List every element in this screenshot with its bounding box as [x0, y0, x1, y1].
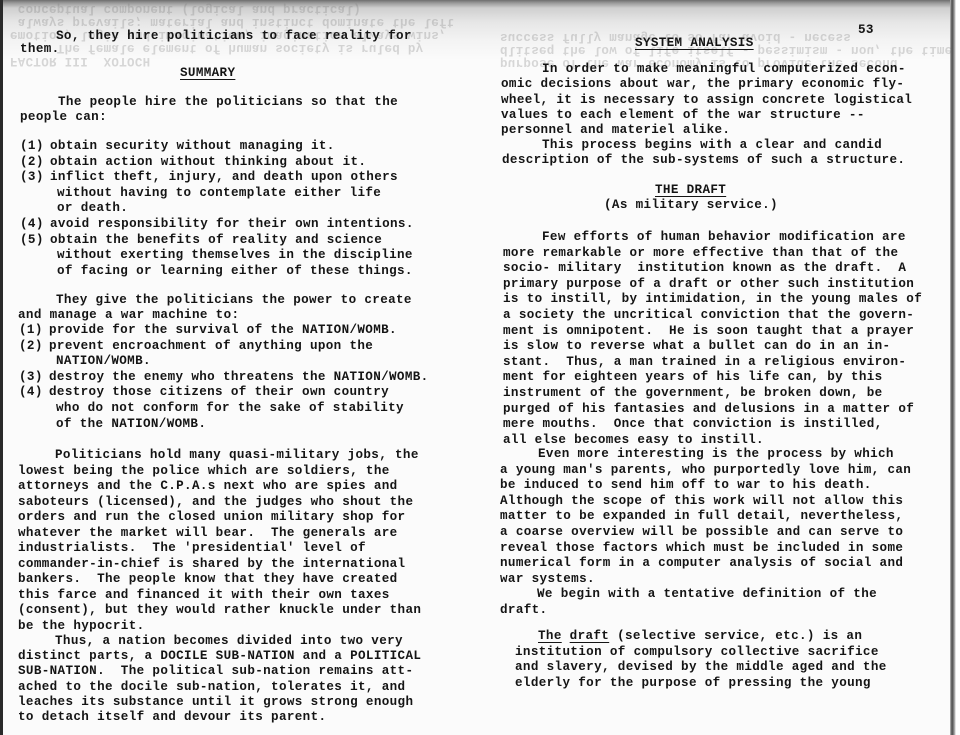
paragraph-line: and manage a war machine to: [18, 308, 239, 323]
paragraph-line: omic decisions about war, the primary ec… [501, 77, 904, 92]
paragraph-line: ment for eighteen years of his life can,… [503, 370, 883, 385]
list-item-number: (3) [19, 370, 43, 385]
list-item-text: without exerting themselves in the disci… [57, 248, 413, 263]
paragraph-line: this farce and financed it with their ow… [18, 588, 390, 603]
list-item-number: (1) [19, 323, 43, 338]
paragraph-line: This process begins with a clear and can… [542, 138, 882, 153]
paragraph-line: is slow to reverse what a bullet can do … [503, 339, 890, 354]
list-item-number: (3) [20, 170, 44, 185]
paragraph-line: reveal those factors which must be inclu… [500, 541, 903, 556]
paragraph-line: purged of his fantasies and delusions in… [503, 402, 914, 417]
the-draft-subheading: (As military service.) [604, 198, 778, 213]
definition-term-draft: draft [570, 629, 610, 643]
list-item-number: (4) [19, 385, 43, 400]
paragraph-line: Few efforts of human behavior modificati… [542, 230, 906, 245]
paragraph-line: elderly for the purpose of pressing the … [515, 676, 871, 691]
paragraph-line: be induced to send him off to war to his… [500, 478, 872, 493]
list-item-text: avoid responsibility for their own inten… [50, 217, 414, 232]
paragraph-line: is to instill, by intimidation, in the y… [503, 292, 922, 307]
paragraph-line: In order to make meaningful computerized… [542, 62, 906, 77]
paragraph-line: leaches its substance until it grows str… [18, 695, 413, 710]
paragraph-line: Thus, a nation becomes divided into two … [55, 634, 403, 649]
definition-first-line-rest: (selective service, etc.) is an [609, 629, 862, 643]
paragraph-line: and slavery, devised by the middle aged … [515, 660, 887, 675]
list-item-text: or death. [57, 201, 128, 216]
paragraph-line: Even more interesting is the process by … [538, 447, 894, 462]
paragraph-line: more remarkable or more effective than t… [503, 246, 898, 261]
definition-term-the: The [538, 629, 562, 643]
left-page: So, they hire politicians to face realit… [0, 0, 480, 735]
list-item-number: (2) [20, 155, 44, 170]
paragraph-line: a young man's parents, who purportedly l… [500, 463, 911, 478]
paragraph-line: institution of compulsory collective sac… [515, 645, 879, 660]
paragraph-line: all else becomes easy to instill. [503, 433, 764, 448]
paragraph-line: a coarse overview will be possible and c… [500, 525, 903, 540]
paragraph-line: lowest being the police which are soldie… [18, 464, 390, 479]
paragraph-line: draft. [500, 603, 547, 618]
paragraph-line: commander-in-chief is shared by the inte… [18, 557, 405, 572]
paragraph-line: people can: [20, 110, 107, 125]
paragraph-line: SUB-NATION. The political sub-nation rem… [18, 664, 413, 679]
intro-line: So, they hire politicians to face realit… [56, 29, 412, 44]
scanned-document-spread: FACTOR III XOTOCH The female element of … [0, 0, 960, 735]
paragraph-line: matter to be expanded in full detail, ne… [500, 509, 903, 524]
paragraph-line: socio- military institution known as the… [503, 261, 906, 276]
paragraph-line: attorneys and the C.P.A.s next who are s… [18, 479, 398, 494]
list-item-number: (4) [20, 217, 44, 232]
paragraph-line: stant. Thus, a man trained in a religiou… [503, 355, 906, 370]
list-item-number: (5) [20, 233, 44, 248]
paragraph-line: bankers. The people know that they have … [18, 572, 398, 587]
summary-heading: SUMMARY [180, 66, 235, 81]
paragraph-line: whatever the market will bear. The gener… [18, 526, 398, 541]
paragraph-line: war systems. [500, 572, 595, 587]
list-item-text: obtain the benefits of reality and scien… [50, 233, 382, 248]
system-analysis-heading: SYSTEM ANALYSIS [635, 36, 754, 51]
list-item-text: prevent encroachment of anything upon th… [49, 339, 373, 354]
list-item-text: destroy those citizens of their own coun… [49, 385, 389, 400]
list-item-text: obtain security without managing it. [50, 139, 335, 154]
paragraph-line: distinct parts, a DOCILE SUB-NATION and … [18, 649, 421, 664]
list-item-text: who do not conform for the sake of stabi… [56, 401, 404, 416]
paragraph-line: primary purpose of a draft or other such… [503, 277, 914, 292]
paragraph-line: The people hire the politicians so that … [58, 95, 398, 110]
paragraph-line: instrument of the government, be broken … [503, 386, 883, 401]
list-item-text: obtain action without thinking about it. [50, 155, 366, 170]
right-page: 53 SYSTEM ANALYSIS In order to make mean… [480, 0, 950, 735]
paragraph-line: a society the uncritical conviction that… [503, 308, 914, 323]
list-item-text: without having to contemplate either lif… [57, 186, 381, 201]
list-item-text: destroy the enemy who threatens the NATI… [49, 370, 429, 385]
page-edge-right [950, 0, 960, 735]
paragraph-line: industrialists. The 'presidential' level… [18, 541, 366, 556]
list-item-number: (2) [19, 339, 43, 354]
paragraph-line: values to each element of the war struct… [501, 108, 865, 123]
list-item-text: NATION/WOMB. [56, 354, 151, 369]
paragraph-line: wheel, it is necessary to assign concret… [501, 93, 912, 108]
paragraph-line: mere mouths. Once that conviction is ins… [503, 417, 883, 432]
intro-line: them. [20, 42, 60, 57]
list-item-text: of the NATION/WOMB. [56, 417, 206, 432]
paragraph-line: We begin with a tentative definition of … [537, 587, 877, 602]
paragraph-line: orders and run the closed union military… [18, 510, 405, 525]
paragraph-line: personnel and materiel alike. [501, 123, 730, 138]
paragraph-line: ached to the docile sub-nation, tolerate… [18, 680, 405, 695]
paragraph-line: be the hypocrit. [18, 619, 145, 634]
definition-first-line: The draft (selective service, etc.) is a… [538, 629, 862, 644]
list-item-number: (1) [20, 139, 44, 154]
page-number: 53 [858, 23, 874, 38]
paragraph-line: numerical form in a computer analysis of… [500, 556, 903, 571]
list-item-text: provide for the survival of the NATION/W… [49, 323, 397, 338]
paragraph-line: ment is omnipotent. He is soon taught th… [503, 324, 914, 339]
paragraph-line: saboteurs (licensed), and the judges who… [18, 495, 413, 510]
paragraph-line: They give the politicians the power to c… [56, 293, 412, 308]
the-draft-heading: THE DRAFT [655, 183, 726, 198]
paragraph-line: Although the scope of this work will not… [500, 494, 903, 509]
paragraph-line: (consent), but they would rather knuckle… [18, 603, 421, 618]
paragraph-line: description of the sub-systems of such a… [502, 153, 905, 168]
list-item-text: inflict theft, injury, and death upon ot… [50, 170, 398, 185]
paragraph-line: to detach itself and devour its parent. [18, 710, 326, 725]
list-item-text: of facing or learning either of these th… [57, 264, 413, 279]
paragraph-line: Politicians hold many quasi-military job… [55, 448, 419, 463]
